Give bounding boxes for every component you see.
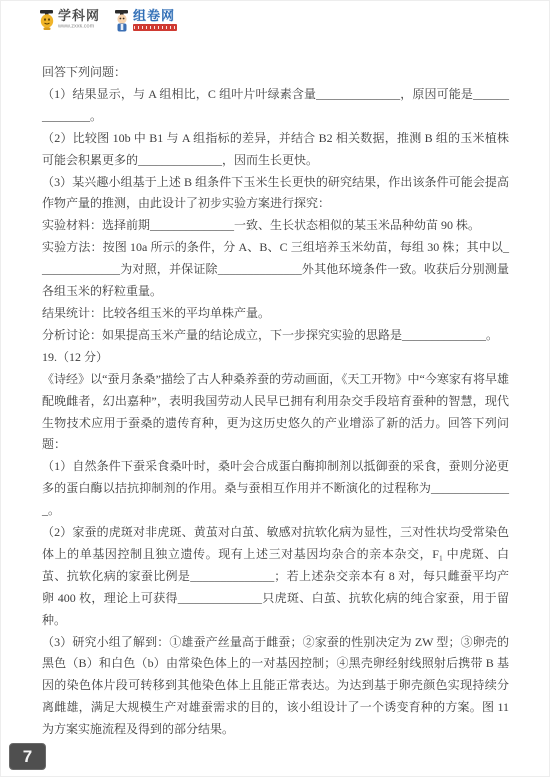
answer-questions-prompt: 回答下列问题： [42,62,509,84]
zujuan-logo-banner [133,24,177,31]
xkw-logo: 学科网 www.zxxk.com [39,9,100,36]
document-body: 回答下列问题： （1）结果显示，与 A 组相比，C 组叶片叶绿素含量______… [42,62,509,741]
q18-materials: 实验材料：选择前期______________一致、生长状态相似的某玉米品种幼苗… [42,215,509,237]
xkw-logo-title: 学科网 [58,9,100,22]
q18-statistics: 结果统计：比较各组玉米的平均单株产量。 [42,303,509,325]
q19-sub1: （1）自然条件下蚕采食桑叶时，桑叶会合成蛋白酶抑制剂以抵御蚕的采食，蚕则分泌更多… [42,456,509,522]
page-number: 7 [23,747,32,767]
zujuan-logo: 组卷网 [114,9,177,38]
q18-methods: 实验方法：按图 10a 所示的条件，分 A、B、C 三组培养玉米幼苗，每组 30… [42,237,509,303]
zujuan-logo-title: 组卷网 [133,9,177,22]
xkw-logo-url: www.zxxk.com [58,24,97,30]
q19-intro: 《诗经》以“蚕月条桑”描绘了古人种桑养蚕的劳动画面，《天工开物》中“今寒家有将早… [42,369,509,457]
q19-sub2: （2）家蚕的虎斑对非虎斑、黄茧对白茧、敏感对抗软化病为显性，三对性状均受常染色体… [42,522,509,632]
exam-page: 学科网 www.zxxk.com 组卷网 [0,0,550,777]
q18-sub3: （3）某兴趣小组基于上述 B 组条件下玉米生长更快的研究结果，作出该条件可能会提… [42,172,509,216]
q18-sub2: （2）比较图 10b 中 B1 与 A 组指标的差异，并结合 B2 相关数据，推… [42,128,509,172]
q18-discussion: 分析讨论：如果提高玉米产量的结论成立，下一步探究实验的思路是__________… [42,325,509,347]
xkw-mascot-icon [39,9,55,36]
q19-heading: 19.（12 分） [42,347,509,369]
header-logos: 学科网 www.zxxk.com 组卷网 [39,9,177,38]
q18-sub1: （1）结果显示，与 A 组相比，C 组叶片叶绿素含量______________… [42,84,509,128]
zujuan-mascot-icon [114,9,130,38]
page-number-badge: 7 [9,743,46,770]
q19-sub3: （3）研究小组了解到：①雄蚕产丝量高于雌蚕；②家蚕的性别决定为 ZW 型；③卵壳… [42,632,509,742]
